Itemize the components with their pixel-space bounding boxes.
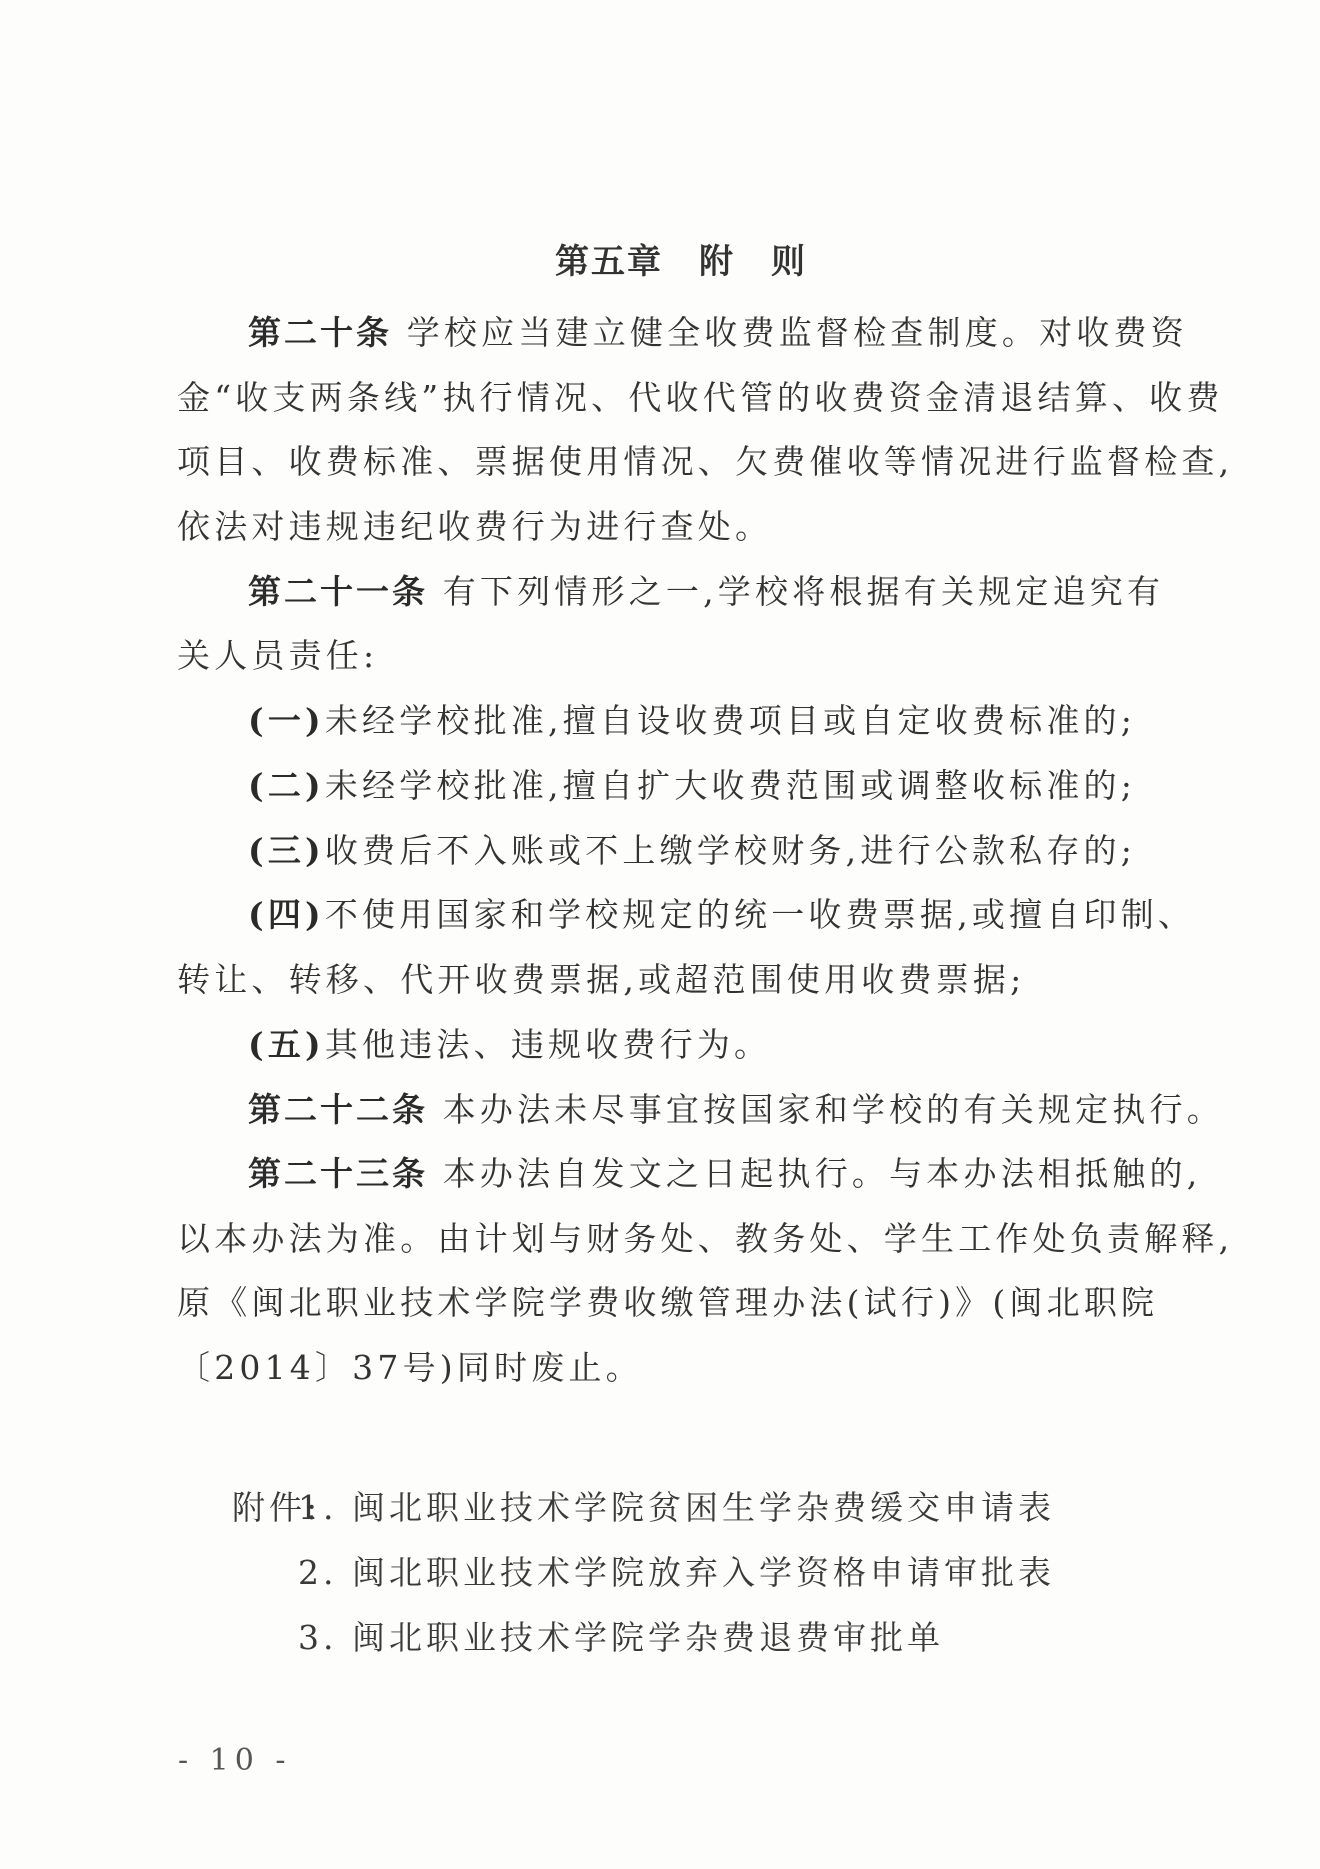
- attachment-item-1: 1. 闽北职业技术学院贫困生学杂费缓交申请表: [298, 1488, 1055, 1528]
- chapter-name-char-1: 附: [699, 242, 735, 282]
- article-20-number: 第二十条: [248, 313, 392, 352]
- item-2-text: 未经学校批准,擅自扩大收费范围或调整收标准的;: [325, 766, 1136, 805]
- article-22-line-1: 第二十二条 本办法未尽事宜按国家和学校的有关规定执行。: [248, 1090, 1224, 1130]
- attachment-item-2: 2. 闽北职业技术学院放弃入学资格申请审批表: [298, 1553, 1055, 1593]
- chapter-title: 第五章附则: [177, 242, 1185, 282]
- item-3-number: (三): [248, 831, 325, 870]
- attachment-item-3: 3. 闽北职业技术学院学杂费退费审批单: [298, 1618, 944, 1658]
- article-21-item-4: (四)不使用国家和学校规定的统一收费票据,或擅自印制、: [248, 895, 1195, 935]
- article-23-number: 第二十三条: [248, 1154, 428, 1193]
- article-20-text: 学校应当建立健全收费监督检查制度。对收费资: [407, 313, 1188, 352]
- item-4-number: (四): [248, 895, 325, 934]
- article-21-line-1: 第二十一条 有下列情形之一,学校将根据有关规定追究有: [248, 572, 1164, 612]
- article-21-item-3: (三)收费后不入账或不上缴学校财务,进行公款私存的;: [248, 831, 1136, 871]
- article-21-line-2: 关人员责任:: [177, 636, 378, 676]
- article-21-item-4-continuation: 转让、转移、代开收费票据,或超范围使用收费票据;: [177, 960, 1025, 1000]
- article-23-line-4: 〔2014〕37号)同时废止。: [177, 1348, 643, 1388]
- article-22-text: 本办法未尽事宜按国家和学校的有关规定执行。: [443, 1090, 1224, 1129]
- article-21-number: 第二十一条: [248, 572, 428, 611]
- item-5-number: (五): [248, 1025, 325, 1064]
- item-5-text: 其他违法、违规收费行为。: [325, 1025, 771, 1064]
- article-23-line-2: 以本办法为准。由计划与财务处、教务处、学生工作处负责解释,: [177, 1219, 1233, 1259]
- article-23-text: 本办法自发文之日起执行。与本办法相抵触的,: [443, 1154, 1202, 1193]
- article-21-item-1: (一)未经学校批准,擅自设收费项目或自定收费标准的;: [248, 701, 1136, 741]
- article-21-item-2: (二)未经学校批准,擅自扩大收费范围或调整收标准的;: [248, 766, 1136, 806]
- article-20-line-4: 依法对违规违纪收费行为进行查处。: [177, 507, 772, 547]
- article-20-line-1: 第二十条 学校应当建立健全收费监督检查制度。对收费资: [248, 313, 1188, 353]
- article-21-text: 有下列情形之一,学校将根据有关规定追究有: [443, 572, 1165, 611]
- document-page: 第五章附则 第二十条 学校应当建立健全收费监督检查制度。对收费资 金“收支两条线…: [0, 0, 1320, 1869]
- article-21-item-5: (五)其他违法、违规收费行为。: [248, 1025, 771, 1065]
- item-2-number: (二): [248, 766, 325, 805]
- item-1-number: (一): [248, 701, 325, 740]
- chapter-number: 第五章: [555, 242, 663, 282]
- chapter-name-char-2: 则: [771, 242, 807, 282]
- item-4-text: 不使用国家和学校规定的统一收费票据,或擅自印制、: [325, 895, 1195, 934]
- article-20-line-2: 金“收支两条线”执行情况、代收代管的收费资金清退结算、收费: [177, 378, 1224, 418]
- article-20-line-3: 项目、收费标准、票据使用情况、欠费催收等情况进行监督检查,: [177, 442, 1233, 482]
- article-23-line-1: 第二十三条 本办法自发文之日起执行。与本办法相抵触的,: [248, 1154, 1201, 1194]
- article-23-line-3: 原《闽北职业技术学院学费收缴管理办法(试行)》(闽北职院: [177, 1283, 1158, 1323]
- item-3-text: 收费后不入账或不上缴学校财务,进行公款私存的;: [325, 831, 1136, 870]
- article-22-number: 第二十二条: [248, 1090, 428, 1129]
- page-number: - 10 -: [178, 1743, 292, 1779]
- item-1-text: 未经学校批准,擅自设收费项目或自定收费标准的;: [325, 701, 1136, 740]
